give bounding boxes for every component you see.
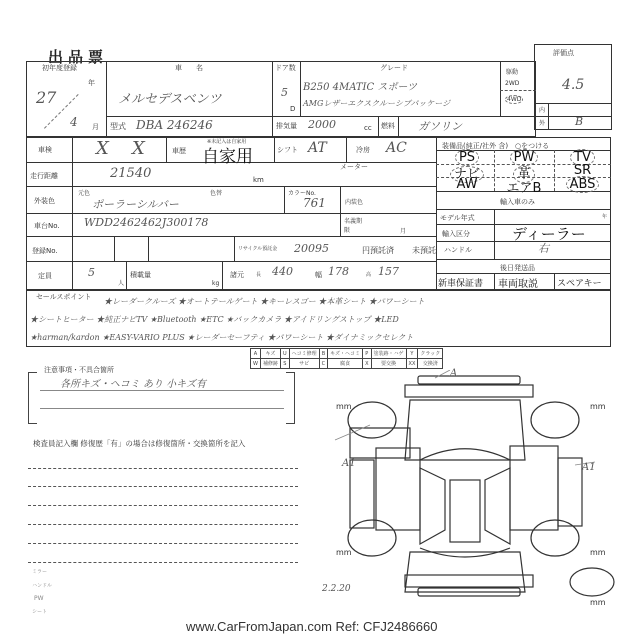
mileage: 21540 bbox=[110, 166, 151, 181]
expiry-month-unit: 月 bbox=[400, 226, 406, 235]
drive-label: 駆動 bbox=[506, 67, 518, 76]
capacity-unit: 人 bbox=[118, 278, 124, 287]
recycle-not: 未預託 bbox=[412, 245, 436, 256]
later-warranty: 新車保証書 bbox=[438, 276, 483, 289]
car-name: メルセデスベンツ bbox=[118, 88, 221, 107]
fuel-label: 燃料 bbox=[381, 121, 395, 131]
notes-label: 注意事項・不具合箇所 bbox=[44, 365, 114, 375]
diagram-bottom-note: 2.2.20 bbox=[322, 584, 351, 594]
grade-label: グレード bbox=[380, 63, 408, 73]
usage: 自家用 bbox=[202, 142, 253, 167]
height-label: 高 bbox=[366, 271, 371, 278]
exterior-score: B bbox=[575, 115, 583, 128]
ac: AC bbox=[386, 140, 407, 156]
tire-depth-fl: mm bbox=[336, 402, 352, 411]
displacement-unit: cc bbox=[364, 124, 372, 132]
tire-depth-spare: mm bbox=[590, 598, 606, 607]
year-unit: 年 bbox=[88, 78, 95, 88]
notes-bracket-left bbox=[28, 372, 37, 424]
tire-depth-rl: mm bbox=[336, 548, 352, 557]
first-reg-label: 初年度登録 bbox=[42, 63, 77, 73]
damage-legend: AキズUヘコミ修理Bキズ・ヘコミP塗装跡・ハゲYクラック W補修跡SサビC腐食X… bbox=[250, 348, 443, 369]
damage-mark-front: A bbox=[450, 368, 457, 379]
import-type-label: 輸入区分 bbox=[442, 229, 470, 239]
width: 178 bbox=[328, 265, 349, 278]
meter-label: メーター bbox=[340, 162, 368, 172]
first-reg-year: 27 bbox=[36, 88, 56, 107]
displacement-label: 排気量 bbox=[276, 121, 297, 131]
damage-mark-left: A1 bbox=[342, 458, 356, 469]
model-label: 型式 bbox=[110, 121, 126, 132]
grade-line2: AMGレザーエクスクルーシブパッケージ bbox=[303, 98, 450, 109]
expiry-label: 名義期限 bbox=[344, 216, 362, 234]
sales-points-line2: ★シートヒーター ★純正ナビTV ★Bluetooth ★ETC ★バックカメラ… bbox=[30, 314, 399, 325]
score-label: 評価点 bbox=[553, 48, 574, 58]
color-change-label: 色替 bbox=[210, 188, 222, 197]
drive-2wd: 2WD bbox=[505, 80, 519, 87]
inspector-label: 検査員記入欄 修復歴「有」の場合は修復箇所・交換箇所を記入 bbox=[33, 438, 245, 449]
shift-label: シフト bbox=[277, 145, 298, 155]
reg-no-label: 登録No. bbox=[32, 246, 58, 256]
exterior-color-label: 外装色 bbox=[34, 196, 55, 206]
inspection-year: X bbox=[96, 138, 109, 159]
usage-label: 車歴 bbox=[172, 146, 186, 156]
inspection-label: 車検 bbox=[38, 145, 52, 155]
equip-airbag: エアB bbox=[494, 177, 554, 196]
handle: 右 bbox=[538, 240, 549, 256]
notes-line1: 各所キズ・ヘコミ あり 小キズ有 bbox=[60, 375, 206, 390]
model-year-unit: 年 bbox=[602, 213, 607, 220]
drive-4wd: 4WD bbox=[505, 95, 523, 104]
damage-mark-right: A1 bbox=[582, 462, 596, 473]
length: 440 bbox=[272, 265, 293, 278]
length-label: 長 bbox=[256, 271, 261, 278]
inspection-month: X bbox=[132, 138, 145, 159]
exterior-label: 外 bbox=[539, 118, 545, 127]
equip-aw: AW bbox=[440, 177, 494, 192]
load-unit: kg bbox=[212, 280, 219, 287]
recycle: 20095 bbox=[294, 242, 329, 255]
bottom-label-mirror: ミラー bbox=[32, 568, 47, 575]
handle-label: ハンドル bbox=[444, 245, 472, 255]
later-label: 後日発送品 bbox=[500, 263, 535, 273]
capacity: 5 bbox=[88, 266, 95, 279]
car-name-label: 車 名 bbox=[175, 63, 203, 73]
interior-label: 内 bbox=[539, 105, 545, 114]
import-only-label: 輸入車のみ bbox=[500, 197, 535, 207]
bottom-label-pw: PW bbox=[34, 595, 44, 602]
capacity-label: 定員 bbox=[38, 271, 52, 281]
model: DBA 246246 bbox=[136, 118, 213, 132]
sales-points-line1: ★レーダークルーズ ★オートテールゲート ★キーレスゴー ★本革シート ★パワー… bbox=[104, 296, 425, 307]
doors-label: ドア数 bbox=[275, 63, 296, 73]
notes-bracket-right bbox=[286, 372, 295, 424]
bottom-label-handle: ハンドル bbox=[32, 582, 52, 589]
load-label: 積載量 bbox=[130, 270, 151, 280]
bottom-label-seat: シート bbox=[32, 608, 47, 615]
shift: AT bbox=[308, 140, 327, 156]
ac-label: 冷房 bbox=[356, 145, 370, 155]
original-color-label: 元色 bbox=[78, 188, 90, 197]
tire-depth-fr: mm bbox=[590, 402, 606, 411]
later-manual: 車両取説 bbox=[498, 275, 538, 290]
doors-unit: D bbox=[290, 105, 295, 113]
height: 157 bbox=[378, 265, 399, 278]
footer-ref[interactable]: www.CarFromJapan.com Ref: CFJ2486660 bbox=[186, 619, 437, 634]
width-label: 幅 bbox=[315, 270, 322, 280]
doors: 5 bbox=[281, 86, 288, 99]
mileage-label: 走行距離 bbox=[30, 171, 58, 181]
chassis-label: 車台No. bbox=[34, 221, 60, 231]
mileage-unit: km bbox=[253, 176, 264, 184]
interior-color-label: 内装色 bbox=[345, 197, 363, 206]
sales-points-label: セールスポイント bbox=[36, 292, 91, 302]
exterior-color: ポーラーシルバー bbox=[92, 196, 179, 212]
color-no: 761 bbox=[303, 196, 326, 210]
later-spare-key: スペアキー bbox=[557, 276, 602, 289]
model-year-label: モデル年式 bbox=[440, 213, 475, 223]
spec-label: 諸元 bbox=[230, 270, 244, 280]
recycle-deposited: 円預託済 bbox=[362, 245, 394, 256]
recycle-label: リサイクル預託金 bbox=[238, 245, 277, 252]
equip-abs: ABS bbox=[554, 177, 611, 192]
tire-depth-rr: mm bbox=[590, 548, 606, 557]
grade-line1: B250 4MATIC スポーツ bbox=[303, 78, 417, 93]
score: 4.5 bbox=[562, 77, 584, 93]
displacement: 2000 bbox=[308, 118, 336, 131]
chassis: WDD2462462J300178 bbox=[84, 216, 208, 229]
fuel: ガソリン bbox=[418, 118, 462, 134]
sales-points-line3: ★harman/kardon ★EASY-VARIO PLUS ★レーダーセーフ… bbox=[30, 332, 413, 343]
